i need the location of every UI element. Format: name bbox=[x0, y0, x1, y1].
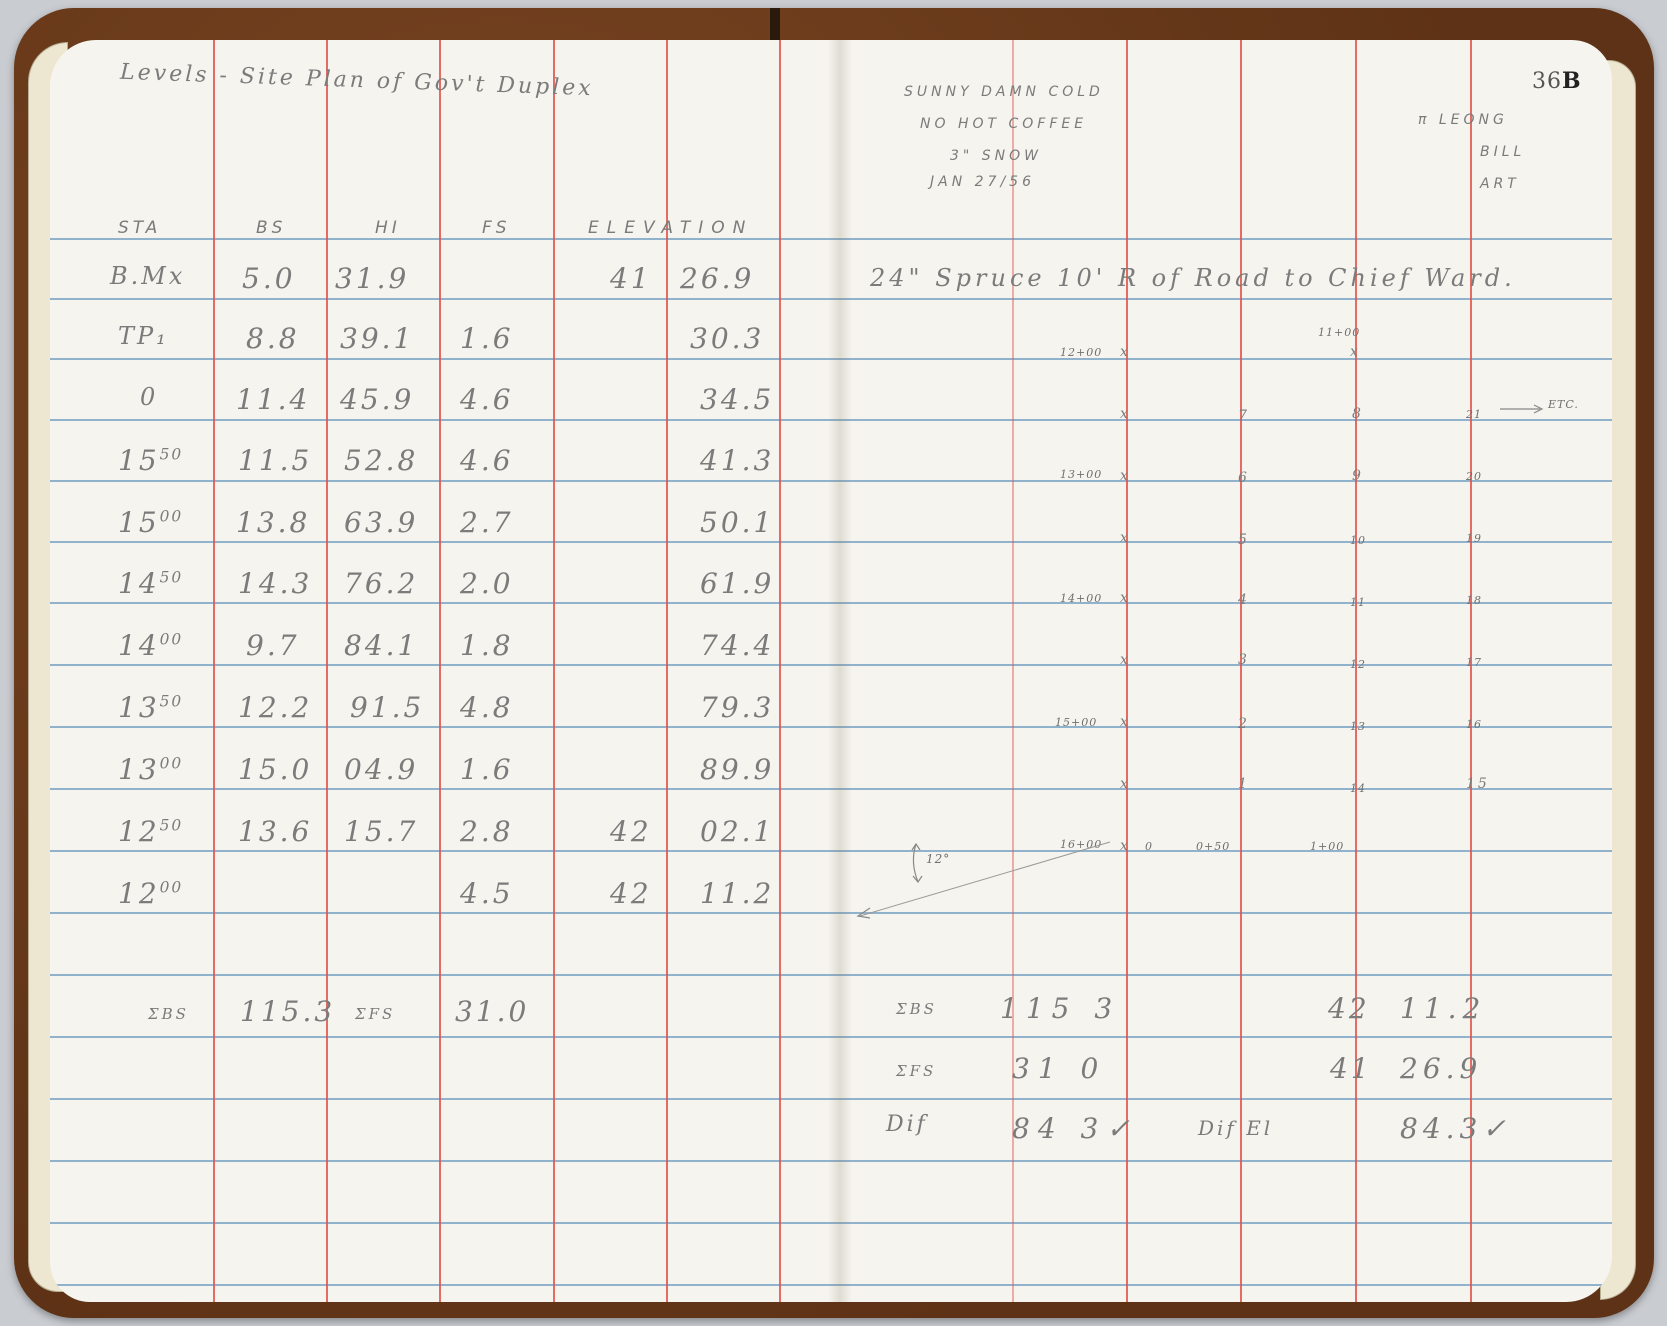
elev-prefix-cell: 42 bbox=[610, 877, 652, 910]
grid-point: 14 bbox=[1350, 782, 1366, 795]
ruling bbox=[50, 788, 840, 790]
bs-cell: 14.3 bbox=[238, 567, 312, 600]
ruling bbox=[840, 541, 1612, 543]
grid-point: 17 bbox=[1466, 656, 1482, 669]
page-title: Levels - Site Plan of Gov't Duplex bbox=[120, 60, 594, 102]
column-line bbox=[439, 40, 441, 1302]
crew-member: BILL bbox=[1480, 144, 1525, 160]
elev-high-value: 11.2 bbox=[1400, 992, 1486, 1025]
hi-cell: 84.1 bbox=[344, 629, 418, 662]
sta-cell: 1500 bbox=[118, 506, 183, 539]
ruling bbox=[50, 850, 840, 852]
sta-cell: 0 bbox=[140, 383, 158, 411]
sta-value: 15 bbox=[118, 506, 160, 539]
bs-cell: 12.2 bbox=[238, 691, 312, 724]
page-number-value: 36 bbox=[1532, 69, 1562, 94]
grid-point: 2 bbox=[1238, 716, 1250, 732]
elev-low-value: 26.9 bbox=[1400, 1052, 1482, 1085]
ruling bbox=[840, 1222, 1612, 1224]
sta-cell: 1450 bbox=[118, 567, 183, 600]
x-mark: x bbox=[1120, 406, 1131, 422]
arrow-right-icon bbox=[1500, 404, 1546, 414]
etc-label: ETC. bbox=[1548, 398, 1579, 411]
hi-cell: 52.8 bbox=[344, 444, 418, 477]
station-label: 13+00 bbox=[1060, 468, 1102, 481]
page-number: 36B bbox=[1532, 68, 1582, 94]
elev-cell: 79.3 bbox=[700, 691, 774, 724]
bs-cell: 13.6 bbox=[238, 815, 312, 848]
sta-value: 15 bbox=[118, 444, 160, 477]
grid-point: 10 bbox=[1350, 534, 1366, 547]
ruling bbox=[50, 298, 840, 300]
check-sum-fs-label: ΣFS bbox=[896, 1062, 936, 1080]
crew-member: ART bbox=[1480, 176, 1520, 192]
elev-cell: 11.2 bbox=[700, 877, 774, 910]
check-sum-bs-value: 115 3 bbox=[1000, 992, 1120, 1025]
column-line bbox=[213, 40, 215, 1302]
ruling bbox=[840, 1098, 1612, 1100]
sta-plus: 50 bbox=[160, 569, 184, 587]
hi-cell: 15.7 bbox=[344, 815, 418, 848]
bs-cell: 9.7 bbox=[246, 629, 300, 662]
elev-cell: 02.1 bbox=[700, 815, 774, 848]
note-weather: SUNNY DAMN COLD bbox=[904, 84, 1104, 100]
hi-cell: 76.2 bbox=[344, 567, 418, 600]
fs-cell: 1.6 bbox=[460, 753, 514, 786]
left-page: Levels - Site Plan of Gov't Duplex STA B… bbox=[50, 40, 840, 1302]
sta-plus: 00 bbox=[160, 755, 184, 773]
sum-bs-label: ΣBS bbox=[148, 1005, 189, 1023]
hi-cell: 45.9 bbox=[340, 383, 414, 416]
grid-point: 21 bbox=[1466, 408, 1482, 421]
elev-cell: 89.9 bbox=[700, 753, 774, 786]
dif-el-value: 84.3✓ bbox=[1400, 1112, 1511, 1145]
column-line bbox=[553, 40, 555, 1302]
ruling bbox=[840, 664, 1612, 666]
sta-cell: B.Mx bbox=[110, 262, 185, 290]
column-line bbox=[326, 40, 328, 1302]
ruling bbox=[840, 238, 1612, 240]
ruling bbox=[840, 1160, 1612, 1162]
sta-value: 12 bbox=[118, 815, 160, 848]
grid-point: 19 bbox=[1466, 532, 1482, 545]
page-suffix: B bbox=[1562, 68, 1582, 94]
sum-fs-label: ΣFS bbox=[355, 1005, 395, 1023]
sta-value: 14 bbox=[118, 629, 160, 662]
elev-cell: 34.5 bbox=[700, 383, 774, 416]
ruling bbox=[840, 788, 1612, 790]
bs-cell: 15.0 bbox=[238, 753, 312, 786]
header-hi: HI bbox=[375, 218, 401, 238]
grid-point: 7 bbox=[1238, 408, 1250, 424]
station-label: 14+00 bbox=[1060, 592, 1102, 605]
sta-plus: 50 bbox=[160, 446, 184, 464]
x-mark: x bbox=[1120, 652, 1131, 668]
ruling bbox=[50, 419, 840, 421]
bs-cell: 13.8 bbox=[236, 506, 310, 539]
check-sum-bs-label: ΣBS bbox=[896, 1000, 937, 1018]
note-date: JAN 27/56 bbox=[930, 174, 1035, 190]
ruling bbox=[50, 541, 840, 543]
grid-point: 20 bbox=[1466, 470, 1482, 483]
sta-plus: 50 bbox=[160, 693, 184, 711]
column-line bbox=[1240, 40, 1242, 1302]
sta-cell: TP₁ bbox=[118, 322, 169, 350]
elev-cell: 30.3 bbox=[690, 322, 764, 355]
ruling bbox=[50, 1284, 840, 1286]
elev-cell: 41.3 bbox=[700, 444, 774, 477]
crew-chief: π LEONG bbox=[1418, 112, 1508, 128]
hi-cell: 31.9 bbox=[335, 262, 409, 295]
sta-plus: 00 bbox=[160, 508, 184, 526]
benchmark-description: 24" Spruce 10' R of Road to Chief Ward. bbox=[870, 264, 1516, 292]
station-label: 15+00 bbox=[1055, 716, 1097, 729]
header-bs: BS bbox=[256, 218, 286, 238]
elev-high-prefix: 42 bbox=[1328, 992, 1370, 1025]
elev-cell: 61.9 bbox=[700, 567, 774, 600]
ruling bbox=[50, 1036, 840, 1038]
note-snow: 3" SNOW bbox=[950, 148, 1042, 164]
grid-point: 5 bbox=[1238, 532, 1250, 548]
ruling bbox=[840, 358, 1612, 360]
ruling bbox=[50, 1160, 840, 1162]
grid-point: 11 bbox=[1350, 596, 1366, 609]
x-mark: x bbox=[1120, 530, 1131, 546]
grid-point: 13 bbox=[1350, 720, 1366, 733]
elev-prefix-cell: 41 bbox=[610, 262, 652, 295]
x-mark: x bbox=[1120, 344, 1131, 360]
hi-cell: 04.9 bbox=[344, 753, 418, 786]
bs-cell: 11.5 bbox=[238, 444, 312, 477]
sta-plus: 00 bbox=[160, 879, 184, 897]
fs-cell: 2.0 bbox=[460, 567, 514, 600]
fs-cell: 4.8 bbox=[460, 691, 514, 724]
bottom-label: 1+00 bbox=[1310, 840, 1344, 853]
ruling bbox=[840, 480, 1612, 482]
elev-cell: 74.4 bbox=[700, 629, 774, 662]
header-fs: FS bbox=[482, 218, 511, 238]
column-line bbox=[1355, 40, 1357, 1302]
ruling bbox=[840, 974, 1612, 976]
grid-point: 4 bbox=[1238, 592, 1250, 608]
ruling bbox=[50, 480, 840, 482]
hi-cell: 91.5 bbox=[350, 691, 424, 724]
grid-point: 15 bbox=[1466, 776, 1490, 792]
hi-cell: 63.9 bbox=[344, 506, 418, 539]
top-station-label: 11+00 bbox=[1318, 326, 1360, 339]
fs-cell: 2.7 bbox=[460, 506, 514, 539]
elev-cell: 50.1 bbox=[700, 506, 774, 539]
grid-point: 9 bbox=[1352, 468, 1364, 484]
dif-value: 84 3✓ bbox=[1012, 1112, 1138, 1145]
sta-cell: 1250 bbox=[118, 815, 183, 848]
sta-cell: 1550 bbox=[118, 444, 183, 477]
sta-value: 12 bbox=[118, 877, 160, 910]
ruling bbox=[50, 974, 840, 976]
sta-plus: 00 bbox=[160, 631, 184, 649]
ruling bbox=[840, 419, 1612, 421]
ruling bbox=[840, 1036, 1612, 1038]
grid-point: 3 bbox=[1238, 652, 1250, 668]
bs-cell: 5.0 bbox=[242, 262, 296, 295]
header-elevation: ELEVATION bbox=[588, 218, 753, 238]
ruling bbox=[840, 298, 1612, 300]
sta-value: 13 bbox=[118, 691, 160, 724]
note-coffee: NO HOT COFFEE bbox=[920, 116, 1087, 132]
ruling bbox=[840, 726, 1612, 728]
ruling bbox=[50, 1222, 840, 1224]
bottom-label: 0+50 bbox=[1196, 840, 1230, 853]
ruling bbox=[50, 238, 840, 240]
dif-el-label: Dif El bbox=[1198, 1116, 1273, 1140]
check-sum-fs-value: 31 0 bbox=[1012, 1052, 1106, 1085]
ruling bbox=[840, 1284, 1612, 1286]
sta-plus: 50 bbox=[160, 817, 184, 835]
ruling bbox=[50, 912, 840, 914]
grid-point: 6 bbox=[1238, 470, 1250, 486]
grid-point: 0 bbox=[1145, 840, 1153, 853]
sta-value: 14 bbox=[118, 567, 160, 600]
sta-cell: 1400 bbox=[118, 629, 183, 662]
grid-point: 18 bbox=[1466, 594, 1482, 607]
elev-cell: 26.9 bbox=[680, 262, 754, 295]
grid-point: 12 bbox=[1350, 658, 1366, 671]
ruling bbox=[50, 358, 840, 360]
x-mark: x bbox=[1120, 590, 1131, 606]
bs-cell: 11.4 bbox=[236, 383, 310, 416]
elev-prefix-cell: 42 bbox=[610, 815, 652, 848]
fs-cell: 4.6 bbox=[460, 444, 514, 477]
sta-value: 13 bbox=[118, 753, 160, 786]
x-mark: x bbox=[1120, 468, 1131, 484]
x-mark: x bbox=[1120, 714, 1131, 730]
bs-cell: 8.8 bbox=[246, 322, 300, 355]
sta-cell: 1350 bbox=[118, 691, 183, 724]
sta-cell: 1300 bbox=[118, 753, 183, 786]
grid-point: 16 bbox=[1466, 718, 1482, 731]
fs-cell: 2.8 bbox=[460, 815, 514, 848]
sum-fs-value: 31.0 bbox=[455, 995, 529, 1028]
column-line bbox=[779, 40, 781, 1302]
ruling bbox=[50, 664, 840, 666]
x-mark: x bbox=[1350, 344, 1361, 360]
ruling bbox=[840, 602, 1612, 604]
grid-point: 1 bbox=[1238, 776, 1250, 792]
right-page: 36B SUNNY DAMN COLD NO HOT COFFEE 3" SNO… bbox=[840, 40, 1612, 1302]
fs-cell: 1.6 bbox=[460, 322, 514, 355]
bearing-line bbox=[840, 840, 1140, 930]
grid-point: 8 bbox=[1352, 406, 1364, 422]
fs-cell: 4.6 bbox=[460, 383, 514, 416]
hi-cell: 39.1 bbox=[340, 322, 414, 355]
ruling bbox=[50, 602, 840, 604]
x-mark: x bbox=[1120, 776, 1131, 792]
sta-cell: 1200 bbox=[118, 877, 183, 910]
fs-cell: 4.5 bbox=[460, 877, 514, 910]
fs-cell: 1.8 bbox=[460, 629, 514, 662]
ruling bbox=[50, 1098, 840, 1100]
elev-low-prefix: 41 bbox=[1330, 1052, 1372, 1085]
dif-label: Dif bbox=[886, 1112, 928, 1137]
sum-bs-value: 115.3 bbox=[240, 995, 335, 1028]
station-label: 12+00 bbox=[1060, 346, 1102, 359]
spine-binding bbox=[770, 8, 780, 44]
ruling bbox=[50, 726, 840, 728]
header-sta: STA bbox=[118, 218, 161, 238]
